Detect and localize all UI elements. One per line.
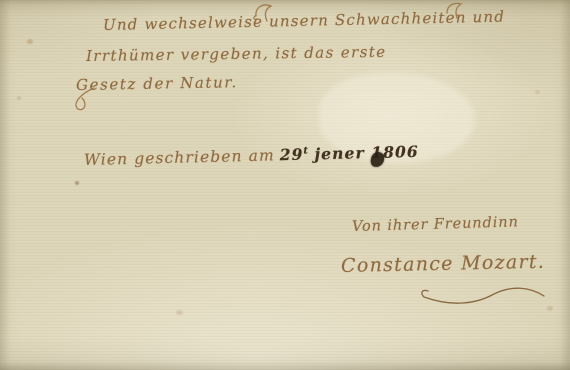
manuscript-scan: Und wechselweise unsern Schwachheiten un… [0,0,570,370]
foxing-spot [535,90,540,94]
dateline-month-year: jener 1806 [314,142,419,164]
signature: Constance Mozart. [341,251,546,277]
dateline-ordinal-suffix: t [303,145,308,156]
foxing-spot [547,306,553,311]
signature-underline-flourish-icon [420,284,550,306]
foxing-spot [27,39,33,44]
verse-line-3: Gesetz der Natur. [76,73,238,94]
foxing-spot [17,96,21,100]
foxing-spot [176,310,183,315]
descender-loop-icon [70,86,100,112]
foxing-spot [75,181,79,185]
dateline-date: 29t jener 1806 [280,142,419,164]
